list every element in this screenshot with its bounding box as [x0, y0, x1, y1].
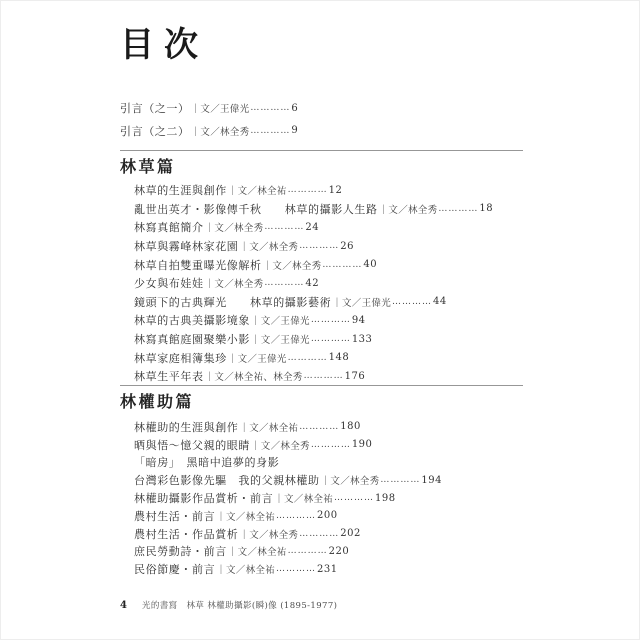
entry-page-number: 26	[340, 241, 354, 252]
entry-page-number: 198	[375, 493, 396, 504]
entry-page-number: 24	[305, 222, 319, 233]
dot-leader: …………	[250, 126, 290, 136]
toc-entry: 林草家庭相簿集珍｜文／王偉光…………148	[134, 348, 523, 367]
entry-byline: ｜文／林全祐	[216, 562, 275, 576]
entry-title: 台灣彩色影像先驅 我的父親林權助	[134, 472, 320, 488]
entry-page-number: 176	[345, 371, 366, 382]
section-entry-list: 林草的生涯與創作｜文／林全祐…………12 亂世出英才・影像傳千秋 林草的攝影人生…	[120, 181, 523, 386]
section-heading-lincao: 林草篇	[120, 157, 523, 177]
toc-page: 目次 引言（之一）｜文／王偉光…………6 引言（之二）｜文／林全秀…………9 林…	[0, 0, 640, 640]
entry-title: 晒與悟～憶父親的眼睛	[134, 437, 250, 453]
entry-byline: ｜文／林全祐	[239, 420, 298, 434]
entry-page-number: 148	[329, 352, 350, 363]
toc-entry: 林草與霧峰林家花園｜文／林全秀…………26	[134, 237, 523, 256]
entry-page-number: 190	[352, 439, 373, 450]
dot-leader: …………	[264, 278, 304, 288]
folio-page-number: 4	[120, 600, 127, 611]
entry-title: 民俗節慶・前言	[134, 561, 215, 577]
dot-leader: …………	[311, 315, 351, 325]
entry-byline: ｜文／林全秀	[239, 239, 298, 253]
entry-page-number: 6	[291, 103, 298, 114]
dot-leader: …………	[288, 353, 328, 363]
entry-title: 林草的生涯與創作	[134, 182, 227, 198]
toc-entry: 引言（之二）｜文／林全秀…………9	[120, 120, 523, 143]
entry-title: 林草自拍雙重曝光像解析	[134, 257, 262, 273]
toc-entry: 林草自拍雙重曝光像解析｜文／林全秀…………40	[134, 255, 523, 274]
dot-leader: …………	[392, 297, 432, 307]
entry-title: 林草的古典美攝影境象	[134, 312, 250, 328]
toc-entry: 林權助攝影作品賞析・前言｜文／林全祐…………198	[134, 489, 523, 507]
dot-leader: …………	[334, 493, 374, 503]
entry-byline: ｜文／林全秀	[239, 527, 298, 541]
entry-byline: ｜文／林全祐	[216, 509, 275, 523]
entry-page-number: 200	[317, 510, 338, 521]
toc-entry: 庶民勞動詩・前言｜文／林全祐…………220	[134, 543, 523, 561]
entry-page-number: 40	[363, 259, 377, 270]
toc-entry: 農村生活・作品賞析｜文／林全秀…………202	[134, 525, 523, 543]
dot-leader: …………	[299, 241, 339, 251]
dot-leader: …………	[299, 422, 339, 432]
section-divider	[120, 385, 523, 386]
toc-entry: 林寫真館簡介｜文／林全秀…………24	[134, 218, 523, 237]
entry-byline: ｜文／王偉光	[251, 332, 310, 346]
dot-leader: …………	[250, 103, 290, 113]
entry-byline: ｜文／林全祐	[228, 183, 287, 197]
entry-title: 農村生活・作品賞析	[134, 526, 238, 542]
entry-byline: ｜文／林全秀	[205, 220, 264, 234]
entry-byline: ｜文／王偉光	[332, 295, 391, 309]
entry-page-number: 44	[433, 296, 447, 307]
entry-title: 亂世出英才・影像傳千秋 林草的攝影人生路	[134, 201, 378, 217]
running-book-title: 光的書寫 林草 林權助攝影(瞬)像 (1895-1977)	[142, 599, 337, 611]
entry-title: 鏡頭下的古典輝光 林草的攝影藝術	[134, 294, 331, 310]
entry-title: 引言（之二）	[120, 123, 190, 139]
dot-leader: …………	[299, 529, 339, 539]
toc-entry: 林權助的生涯與創作｜文／林全祐…………180	[134, 418, 523, 436]
entry-byline: ｜文／王偉光	[251, 313, 310, 327]
entry-title: 引言（之一）	[120, 100, 190, 116]
intro-list: 引言（之一）｜文／王偉光…………6 引言（之二）｜文／林全秀…………9	[120, 97, 523, 142]
toc-entry: 林寫真館庭園聚樂小影｜文／王偉光…………133	[134, 330, 523, 349]
section-entry-list: 林權助的生涯與創作｜文／林全祐…………180 晒與悟～憶父親的眼睛｜文／林全秀……	[120, 418, 523, 578]
toc-entry: 林草的生涯與創作｜文／林全祐…………12	[134, 181, 523, 200]
entry-title: 林寫真館庭園聚樂小影	[134, 331, 250, 347]
entry-page-number: 9	[291, 125, 298, 136]
entry-title: 林草家庭相簿集珍	[134, 350, 227, 366]
dot-leader: …………	[288, 185, 328, 195]
toc-entry: 林草的古典美攝影境象｜文／王偉光…………94	[134, 311, 523, 330]
toc-entry: 少女與布娃娃｜文／林全秀…………42	[134, 274, 523, 293]
entry-title: 少女與布娃娃	[134, 275, 204, 291]
entry-page-number: 12	[329, 185, 343, 196]
entry-byline: ｜文／林全秀	[263, 258, 322, 272]
dot-leader: …………	[304, 371, 344, 381]
entry-page-number: 42	[305, 278, 319, 289]
dot-leader: …………	[380, 475, 420, 485]
entry-title: 林權助的生涯與創作	[134, 419, 238, 435]
dot-leader: …………	[276, 511, 316, 521]
entry-byline: ｜文／林全秀	[205, 276, 264, 290]
section-divider	[120, 150, 523, 151]
dot-leader: …………	[311, 334, 351, 344]
entry-title: 林草生平年表	[134, 368, 204, 384]
entry-byline: ｜文／林全秀	[251, 438, 310, 452]
page-title: 目次	[120, 25, 523, 65]
entry-byline: ｜文／林全祐	[274, 491, 333, 505]
entry-page-number: 94	[352, 315, 366, 326]
entry-title: 林寫真館簡介	[134, 219, 204, 235]
toc-entry: 鏡頭下的古典輝光 林草的攝影藝術｜文／王偉光…………44	[134, 293, 523, 312]
entry-page-number: 220	[329, 546, 350, 557]
section-heading-linquanzhu: 林權助篇	[120, 392, 523, 412]
entry-byline: ｜文／王偉光	[191, 101, 250, 115]
entry-title: 林草與霧峰林家花園	[134, 238, 238, 254]
dot-leader: …………	[276, 564, 316, 574]
entry-title: 林權助攝影作品賞析・前言	[134, 490, 273, 506]
entry-page-number: 180	[340, 421, 361, 432]
entry-page-number: 133	[352, 334, 373, 345]
entry-title: 農村生活・前言	[134, 508, 215, 524]
dot-leader: …………	[322, 260, 362, 270]
entry-page-number: 18	[479, 203, 493, 214]
toc-entry: 亂世出英才・影像傳千秋 林草的攝影人生路｜文／林全秀…………18	[134, 200, 523, 219]
entry-byline: ｜文／林全秀	[191, 124, 250, 138]
dot-leader: …………	[264, 222, 304, 232]
toc-entry: 民俗節慶・前言｜文／林全祐…………231	[134, 560, 523, 578]
entry-byline: ｜文／林全秀	[379, 202, 438, 216]
entry-byline: ｜文／林全秀	[321, 473, 380, 487]
entry-page-number: 202	[340, 528, 361, 539]
entry-page-number: 231	[317, 564, 338, 575]
toc-entry: 林草生平年表｜文／林全祐、林全秀…………176	[134, 367, 523, 386]
entry-byline: ｜文／林全祐	[228, 544, 287, 558]
entry-byline: ｜文／王偉光	[228, 351, 287, 365]
entry-byline: ｜文／林全祐、林全秀	[205, 369, 303, 383]
dot-leader: …………	[311, 440, 351, 450]
toc-entry: 台灣彩色影像先驅 我的父親林權助｜文／林全秀…………194	[134, 471, 523, 489]
dot-leader: …………	[438, 204, 478, 214]
toc-entry: 農村生活・前言｜文／林全祐…………200	[134, 507, 523, 525]
toc-entry: 引言（之一）｜文／王偉光…………6	[120, 97, 523, 120]
page-footer: 4 光的書寫 林草 林權助攝影(瞬)像 (1895-1977)	[120, 599, 523, 611]
entry-title: 「暗房」 黑暗中追夢的身影	[134, 454, 279, 470]
toc-entry: 「暗房」 黑暗中追夢的身影	[134, 454, 523, 472]
entry-page-number: 194	[421, 475, 442, 486]
toc-entry: 晒與悟～憶父親的眼睛｜文／林全秀…………190	[134, 436, 523, 454]
entry-title: 庶民勞動詩・前言	[134, 543, 227, 559]
dot-leader: …………	[288, 546, 328, 556]
